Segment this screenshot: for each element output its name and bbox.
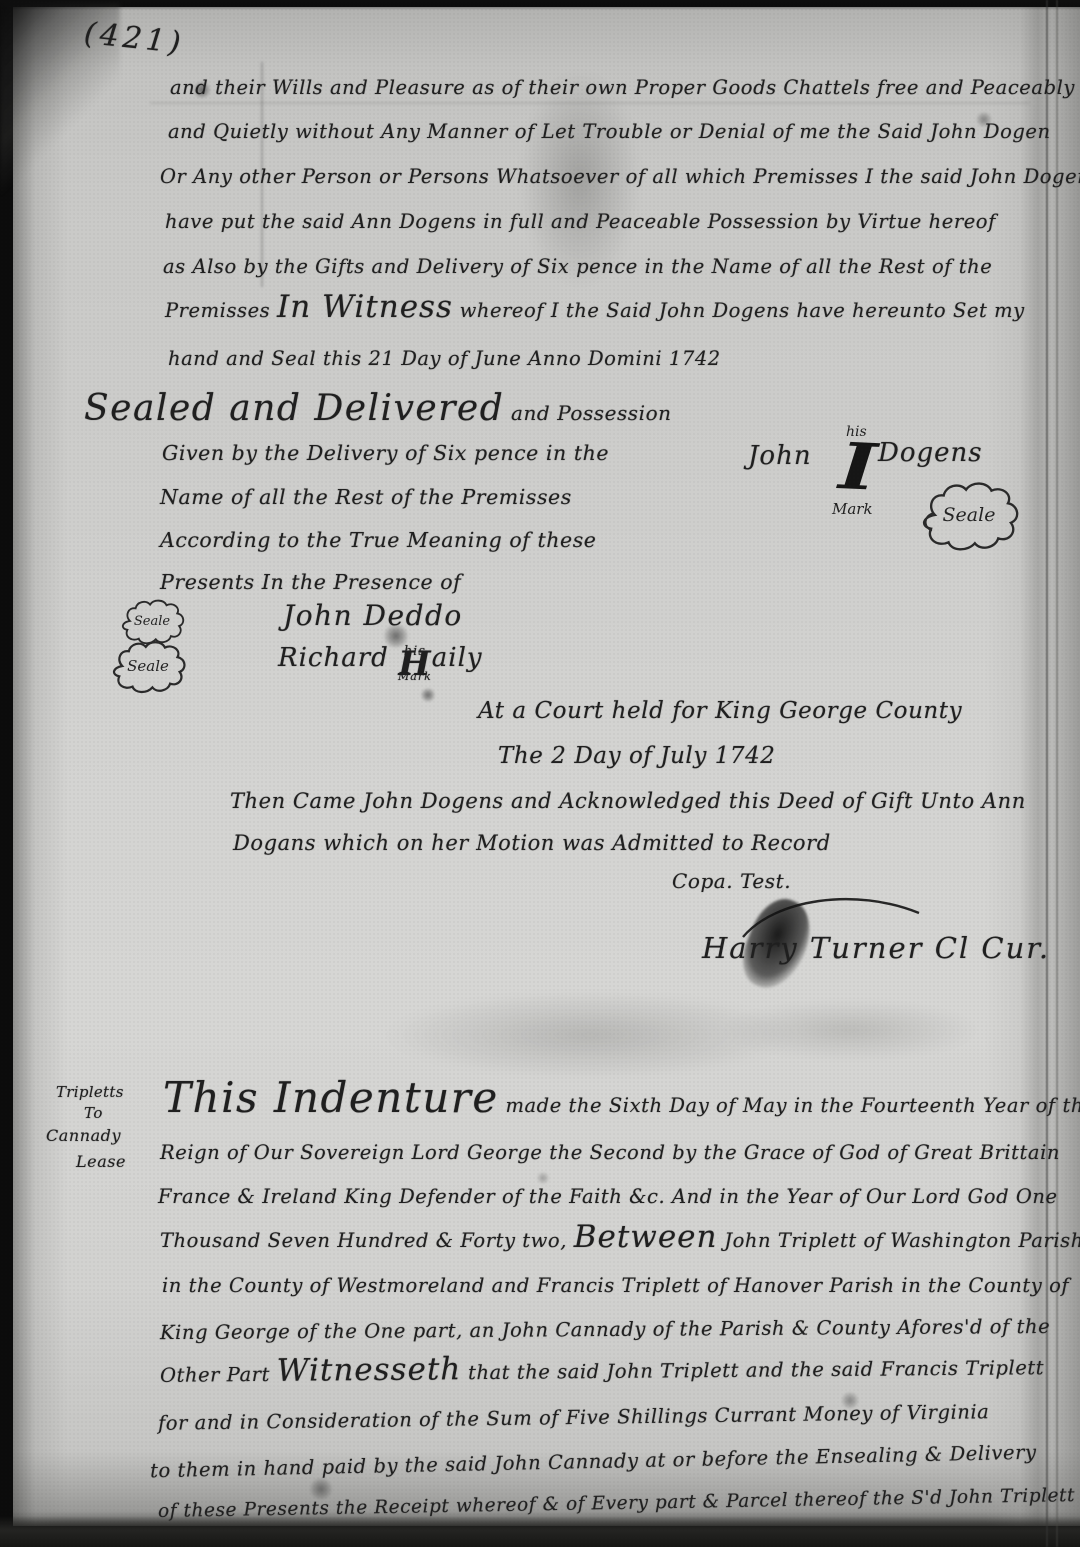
margin-note-line: Cannady [46,1126,121,1146]
line-text: France & Ireland King Defender of the Fa… [158,1185,1058,1208]
indenture-opening-line: This Indenture made the Sixth Day of May… [163,1094,1080,1118]
manuscript-line: as Also by the Gifts and Delivery of Six… [163,255,992,279]
seal-label: Seale [910,478,1028,552]
page-edge-line [1056,0,1058,1547]
attestation-heading-small: and Possession [511,401,672,425]
line-text: Reign of Our Sovereign Lord George the S… [160,1141,1060,1164]
manuscript-line: Premisses In Witness whereof I the Said … [165,299,1025,323]
clerk-signature: Harry Turner Cl Cur. [702,930,1050,966]
manuscript-line: and their Wills and Pleasure as of their… [170,76,1075,100]
scan-edge-top [0,0,1080,10]
line-text: and their Wills and Pleasure as of their… [170,76,1075,99]
bleedthrough-smudge [720,1000,980,1060]
line-text: made the Sixth Day of May in the Fourtee… [499,1094,1080,1117]
line-text: Other Part [160,1363,277,1387]
wax-seal-cloud: Seale [98,638,198,694]
court-heading-line: At a Court held for King George County [478,697,962,726]
his-mark-label-bottom: Mark [832,500,873,518]
manuscript-line: have put the said Ann Dogens in full and… [165,210,996,234]
line-text: and Quietly without Any Manner of Let Tr… [168,120,1051,143]
ink-stain [536,1172,550,1184]
line-text-large: In Witness [277,289,453,325]
line-text: whereof I the Said John Dogens have here… [453,299,1025,322]
seal-label: Seale [98,638,198,694]
manuscript-line: Reign of Our Sovereign Lord George the S… [160,1141,1060,1165]
line-text: King George of the One part, an John Can… [160,1315,1050,1344]
margin-note-line: To [84,1104,103,1123]
witness-name-pre: Richard [278,643,398,673]
wax-seal-cloud: Seale [910,478,1028,552]
attestation-heading-large: Sealed and Delivered [84,388,504,429]
manuscript-line: in the County of Westmoreland and Franci… [162,1274,1069,1298]
line-text: that the said John Triplett and the said… [461,1356,1044,1384]
line-text: as Also by the Gifts and Delivery of Six… [163,255,992,278]
attestation-line: Given by the Delivery of Six pence in th… [162,441,609,467]
his-mark-label-bottom: Mark [398,674,432,680]
line-text: hand and Seal this 21 Day of June Anno D… [168,347,721,370]
witness-signature: John Deddo [283,598,463,633]
indenture-heading: This Indenture [163,1073,499,1122]
attestation-line: Presents In the Presence of [160,570,461,596]
line-text: Or Any other Person or Persons Whatsoeve… [160,165,1080,188]
signatory-first-name: John [748,440,812,473]
scanned-manuscript-page: { "page": { "number": "(421)" }, "deed":… [0,0,1080,1547]
attestation-heading: Sealed and Delivered and Possession [84,386,672,431]
manuscript-line: and Quietly without Any Manner of Let Tr… [168,120,1051,144]
manuscript-line: Or Any other Person or Persons Whatsoeve… [160,165,1080,189]
manuscript-line: Thousand Seven Hundred & Forty two, Betw… [160,1229,1080,1253]
copy-test-note: Copa. Test. [672,869,791,894]
line-text: Thousand Seven Hundred & Forty two, [160,1229,574,1252]
line-text-large: Witnesseth [277,1351,462,1389]
signature-mark-glyph: I [837,429,879,505]
court-date-line: The 2 Day of July 1742 [498,742,775,771]
manuscript-line: France & Ireland King Defender of the Fa… [158,1185,1058,1209]
witness-name-post: aily [432,643,483,673]
ink-stain [420,688,436,702]
attestation-line: According to the True Meaning of these [160,528,596,554]
signatory-last-name: Dogens [878,437,983,470]
line-text-large: Between [574,1219,718,1255]
witness-signature: Richard hisHMarkaily [278,642,483,680]
witness-mark-stack: hisHMark [398,648,432,680]
court-record-line: Then Came John Dogens and Acknowledged t… [230,788,1026,814]
court-record-line: Dogans which on her Motion was Admitted … [233,830,831,856]
line-text: John Triplett of Washington Parish [717,1229,1080,1252]
line-text: Premisses [165,299,277,322]
margin-note-line: Tripletts [56,1083,124,1102]
line-text: in the County of Westmoreland and Franci… [162,1274,1069,1297]
line-text: have put the said Ann Dogens in full and… [165,210,996,233]
attestation-line: Name of all the Rest of the Premisses [160,485,572,511]
manuscript-line: hand and Seal this 21 Day of June Anno D… [168,347,721,371]
margin-note-line: Lease [76,1152,126,1172]
